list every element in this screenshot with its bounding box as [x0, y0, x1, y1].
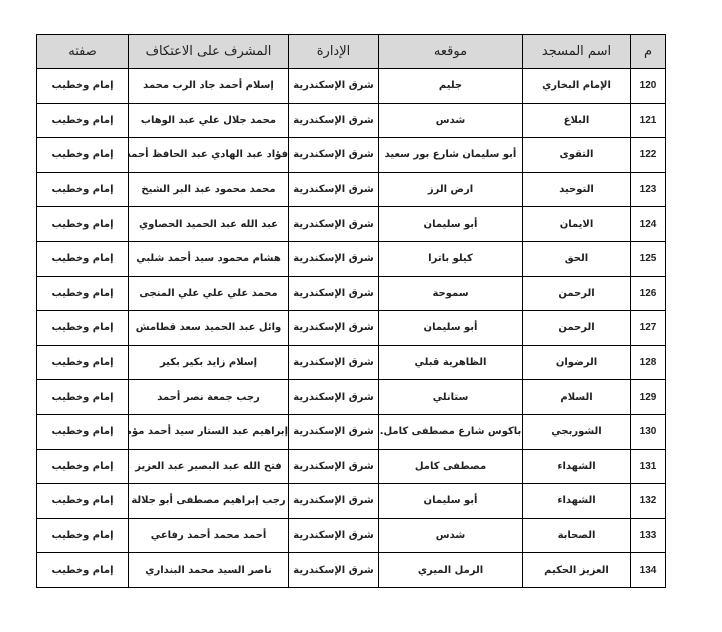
cell-mosque: الرحمن: [523, 311, 631, 346]
table-row: 130الشوربجيباكوس شارع مصطفى كامل.شرق الإ…: [37, 414, 666, 449]
cell-mosque: التقوى: [523, 138, 631, 173]
cell-num: 126: [631, 276, 666, 311]
table-row: 133الصحابةشدسشرق الإسكندريةأحمد محمد أحم…: [37, 518, 666, 553]
header-role: صفته: [37, 35, 129, 69]
table-row: 121البلاغشدسشرق الإسكندريةمحمد جلال علي …: [37, 103, 666, 138]
cell-administration: شرق الإسكندرية: [289, 311, 379, 346]
cell-supervisor: فؤاد عبد الهادي عبد الحافظ أحمد: [129, 138, 289, 173]
cell-location: أبو سليمان: [379, 311, 523, 346]
cell-supervisor: هشام محمود سيد أحمد شلبي: [129, 241, 289, 276]
cell-location: شدس: [379, 103, 523, 138]
cell-role: إمام وخطيب: [37, 276, 129, 311]
cell-role: إمام وخطيب: [37, 138, 129, 173]
cell-location: شدس: [379, 518, 523, 553]
cell-administration: شرق الإسكندرية: [289, 103, 379, 138]
cell-location: ستانلي: [379, 380, 523, 415]
header-num: م: [631, 35, 666, 69]
table-row: 134العزيز الحكيمالرمل الميريشرق الإسكندر…: [37, 553, 666, 588]
cell-mosque: الحق: [523, 241, 631, 276]
cell-num: 120: [631, 69, 666, 104]
cell-mosque: الشهداء: [523, 449, 631, 484]
cell-role: إمام وخطيب: [37, 103, 129, 138]
cell-mosque: التوحيد: [523, 172, 631, 207]
cell-location: الظاهرية قبلي: [379, 345, 523, 380]
cell-role: إمام وخطيب: [37, 311, 129, 346]
cell-num: 132: [631, 484, 666, 519]
cell-num: 122: [631, 138, 666, 173]
cell-mosque: الرحمن: [523, 276, 631, 311]
cell-role: إمام وخطيب: [37, 380, 129, 415]
cell-supervisor: رجب إبراهيم مصطفى أبو جلالة: [129, 484, 289, 519]
table-row: 127الرحمنأبو سليمانشرق الإسكندريةوائل عب…: [37, 311, 666, 346]
header-location: موقعه: [379, 35, 523, 69]
table-row: 122التقوىأبو سليمان شارع بور سعيدشرق الإ…: [37, 138, 666, 173]
cell-location: كيلو باترا: [379, 241, 523, 276]
table-row: 123التوحيدارض الرزشرق الإسكندريةمحمد محم…: [37, 172, 666, 207]
table-row: 125الحقكيلو باتراشرق الإسكندريةهشام محمو…: [37, 241, 666, 276]
cell-num: 128: [631, 345, 666, 380]
cell-administration: شرق الإسكندرية: [289, 172, 379, 207]
cell-role: إمام وخطيب: [37, 241, 129, 276]
cell-supervisor: إسلام زايد بكير بكير: [129, 345, 289, 380]
cell-supervisor: رجب جمعة نصر أحمد: [129, 380, 289, 415]
cell-role: إمام وخطيب: [37, 345, 129, 380]
table-row: 124الايمانأبو سليمانشرق الإسكندريةعبد ال…: [37, 207, 666, 242]
table-row: 129السلامستانليشرق الإسكندريةرجب جمعة نص…: [37, 380, 666, 415]
cell-role: إمام وخطيب: [37, 69, 129, 104]
cell-role: إمام وخطيب: [37, 518, 129, 553]
mosques-table: م اسم المسجد موقعه الإدارة المشرف على ال…: [36, 34, 666, 588]
header-row: م اسم المسجد موقعه الإدارة المشرف على ال…: [37, 35, 666, 69]
cell-administration: شرق الإسكندرية: [289, 69, 379, 104]
table-row: 126الرحمنسموحةشرق الإسكندريةمحمد علي علي…: [37, 276, 666, 311]
cell-role: إمام وخطيب: [37, 172, 129, 207]
cell-num: 125: [631, 241, 666, 276]
cell-mosque: الرضوان: [523, 345, 631, 380]
header-administration: الإدارة: [289, 35, 379, 69]
cell-administration: شرق الإسكندرية: [289, 138, 379, 173]
cell-supervisor: ناصر السيد محمد البنداري: [129, 553, 289, 588]
cell-administration: شرق الإسكندرية: [289, 414, 379, 449]
cell-mosque: الشهداء: [523, 484, 631, 519]
cell-supervisor: محمد جلال علي عبد الوهاب: [129, 103, 289, 138]
cell-num: 130: [631, 414, 666, 449]
cell-location: أبو سليمان شارع بور سعيد: [379, 138, 523, 173]
table-row: 132الشهداءأبو سليمانشرق الإسكندريةرجب إب…: [37, 484, 666, 519]
cell-role: إمام وخطيب: [37, 553, 129, 588]
cell-mosque: الايمان: [523, 207, 631, 242]
cell-supervisor: إسلام أحمد جاد الرب محمد: [129, 69, 289, 104]
cell-supervisor: محمد علي علي علي المنجى: [129, 276, 289, 311]
cell-role: إمام وخطيب: [37, 484, 129, 519]
cell-supervisor: عبد الله عبد الحميد الحصاوي: [129, 207, 289, 242]
header-mosque: اسم المسجد: [523, 35, 631, 69]
cell-location: مصطفى كامل: [379, 449, 523, 484]
cell-role: إمام وخطيب: [37, 207, 129, 242]
cell-mosque: العزيز الحكيم: [523, 553, 631, 588]
cell-administration: شرق الإسكندرية: [289, 380, 379, 415]
cell-administration: شرق الإسكندرية: [289, 449, 379, 484]
cell-num: 129: [631, 380, 666, 415]
table-row: 120الإمام البخاريجليمشرق الإسكندريةإسلام…: [37, 69, 666, 104]
cell-administration: شرق الإسكندرية: [289, 241, 379, 276]
cell-num: 127: [631, 311, 666, 346]
cell-num: 121: [631, 103, 666, 138]
cell-supervisor: أحمد محمد أحمد رفاعي: [129, 518, 289, 553]
cell-administration: شرق الإسكندرية: [289, 518, 379, 553]
table-row: 131الشهداءمصطفى كاملشرق الإسكندريةفتح ال…: [37, 449, 666, 484]
cell-mosque: الإمام البخاري: [523, 69, 631, 104]
cell-mosque: الشوربجي: [523, 414, 631, 449]
cell-location: سموحة: [379, 276, 523, 311]
header-supervisor: المشرف على الاعتكاف: [129, 35, 289, 69]
cell-supervisor: إبراهيم عبد الستار سيد أحمد مؤمن: [129, 414, 289, 449]
cell-num: 124: [631, 207, 666, 242]
cell-role: إمام وخطيب: [37, 449, 129, 484]
cell-num: 131: [631, 449, 666, 484]
cell-location: جليم: [379, 69, 523, 104]
cell-location: باكوس شارع مصطفى كامل.: [379, 414, 523, 449]
cell-administration: شرق الإسكندرية: [289, 553, 379, 588]
table-row: 128الرضوانالظاهرية قبليشرق الإسكندريةإسل…: [37, 345, 666, 380]
cell-role: إمام وخطيب: [37, 414, 129, 449]
cell-administration: شرق الإسكندرية: [289, 276, 379, 311]
cell-mosque: السلام: [523, 380, 631, 415]
cell-mosque: الصحابة: [523, 518, 631, 553]
cell-administration: شرق الإسكندرية: [289, 207, 379, 242]
cell-location: ارض الرز: [379, 172, 523, 207]
cell-num: 134: [631, 553, 666, 588]
cell-num: 133: [631, 518, 666, 553]
cell-location: أبو سليمان: [379, 207, 523, 242]
cell-supervisor: وائل عبد الحميد سعد قطامش: [129, 311, 289, 346]
cell-administration: شرق الإسكندرية: [289, 345, 379, 380]
cell-location: أبو سليمان: [379, 484, 523, 519]
cell-supervisor: فتح الله عبد البصير عبد العزيز: [129, 449, 289, 484]
cell-administration: شرق الإسكندرية: [289, 484, 379, 519]
cell-mosque: البلاغ: [523, 103, 631, 138]
cell-location: الرمل الميري: [379, 553, 523, 588]
cell-num: 123: [631, 172, 666, 207]
cell-supervisor: محمد محمود عبد البر الشيخ: [129, 172, 289, 207]
